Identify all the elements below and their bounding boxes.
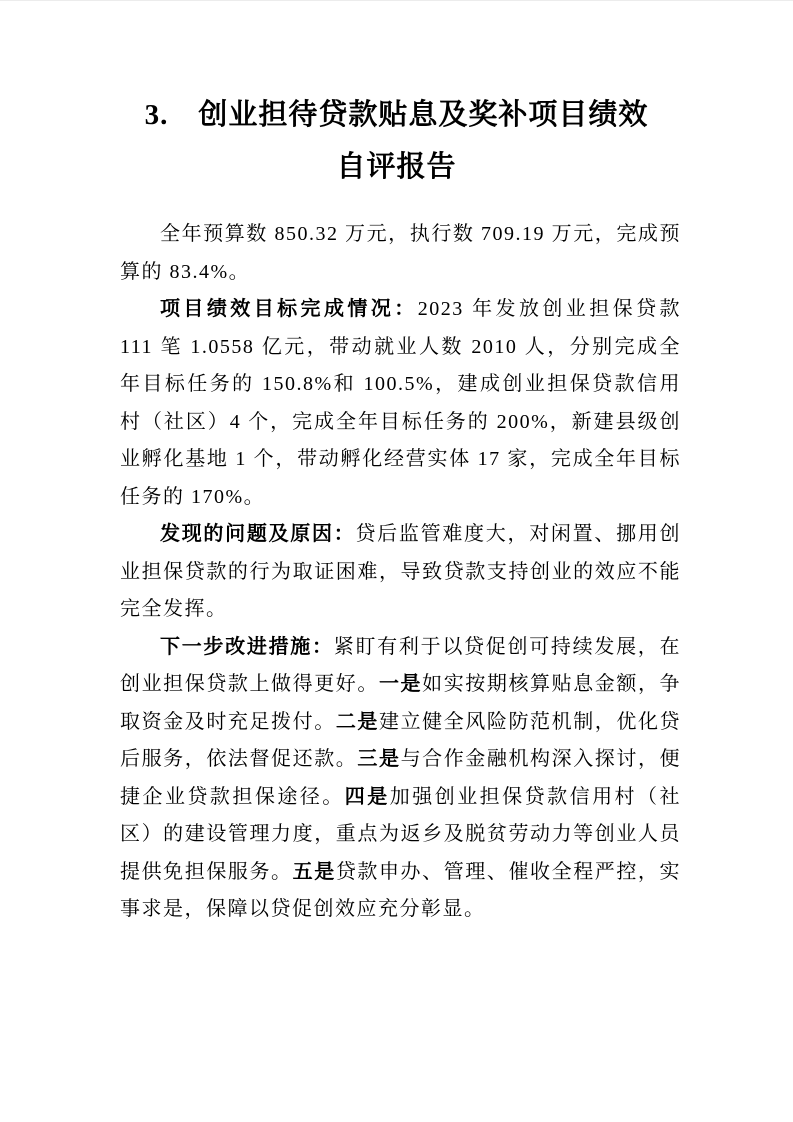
bold-text-segment: 五是 — [293, 861, 336, 883]
title-line: 3. 创业担待贷款贴息及奖补项目绩效 — [0, 89, 793, 141]
bold-text-segment: 下一步改进措施： — [160, 636, 334, 658]
text-segment: 2023 年发放创业担保贷款 111 笔 1.0558 亿元，带动就业人数 20… — [120, 298, 681, 508]
bold-text-segment: 二是 — [336, 711, 379, 733]
bold-text-segment: 项目绩效目标完成情况： — [160, 298, 418, 320]
title-line: 自评报告 — [0, 141, 793, 193]
bold-text-segment: 发现的问题及原因： — [160, 523, 355, 545]
paragraph: 发现的问题及原因：贷后监管难度大，对闲置、挪用创业担保贷款的行为取证困难，导致贷… — [120, 516, 681, 629]
text-segment: 全年预算数 850.32 万元，执行数 709.19 万元，完成预算的 83.4… — [120, 223, 681, 283]
bold-text-segment: 四是 — [345, 786, 390, 808]
bold-text-segment: 一是 — [379, 673, 422, 695]
bold-text-segment: 三是 — [357, 748, 400, 770]
paragraph: 下一步改进措施：紧盯有利于以贷促创可持续发展，在创业担保贷款上做得更好。一是如实… — [120, 629, 681, 929]
document-title: 3. 创业担待贷款贴息及奖补项目绩效自评报告 — [0, 1, 793, 193]
paragraph: 项目绩效目标完成情况：2023 年发放创业担保贷款 111 笔 1.0558 亿… — [120, 291, 681, 516]
document-body: 全年预算数 850.32 万元，执行数 709.19 万元，完成预算的 83.4… — [0, 216, 793, 929]
paragraph: 全年预算数 850.32 万元，执行数 709.19 万元，完成预算的 83.4… — [120, 216, 681, 291]
document-page: 3. 创业担待贷款贴息及奖补项目绩效自评报告 全年预算数 850.32 万元，执… — [0, 0, 793, 1122]
